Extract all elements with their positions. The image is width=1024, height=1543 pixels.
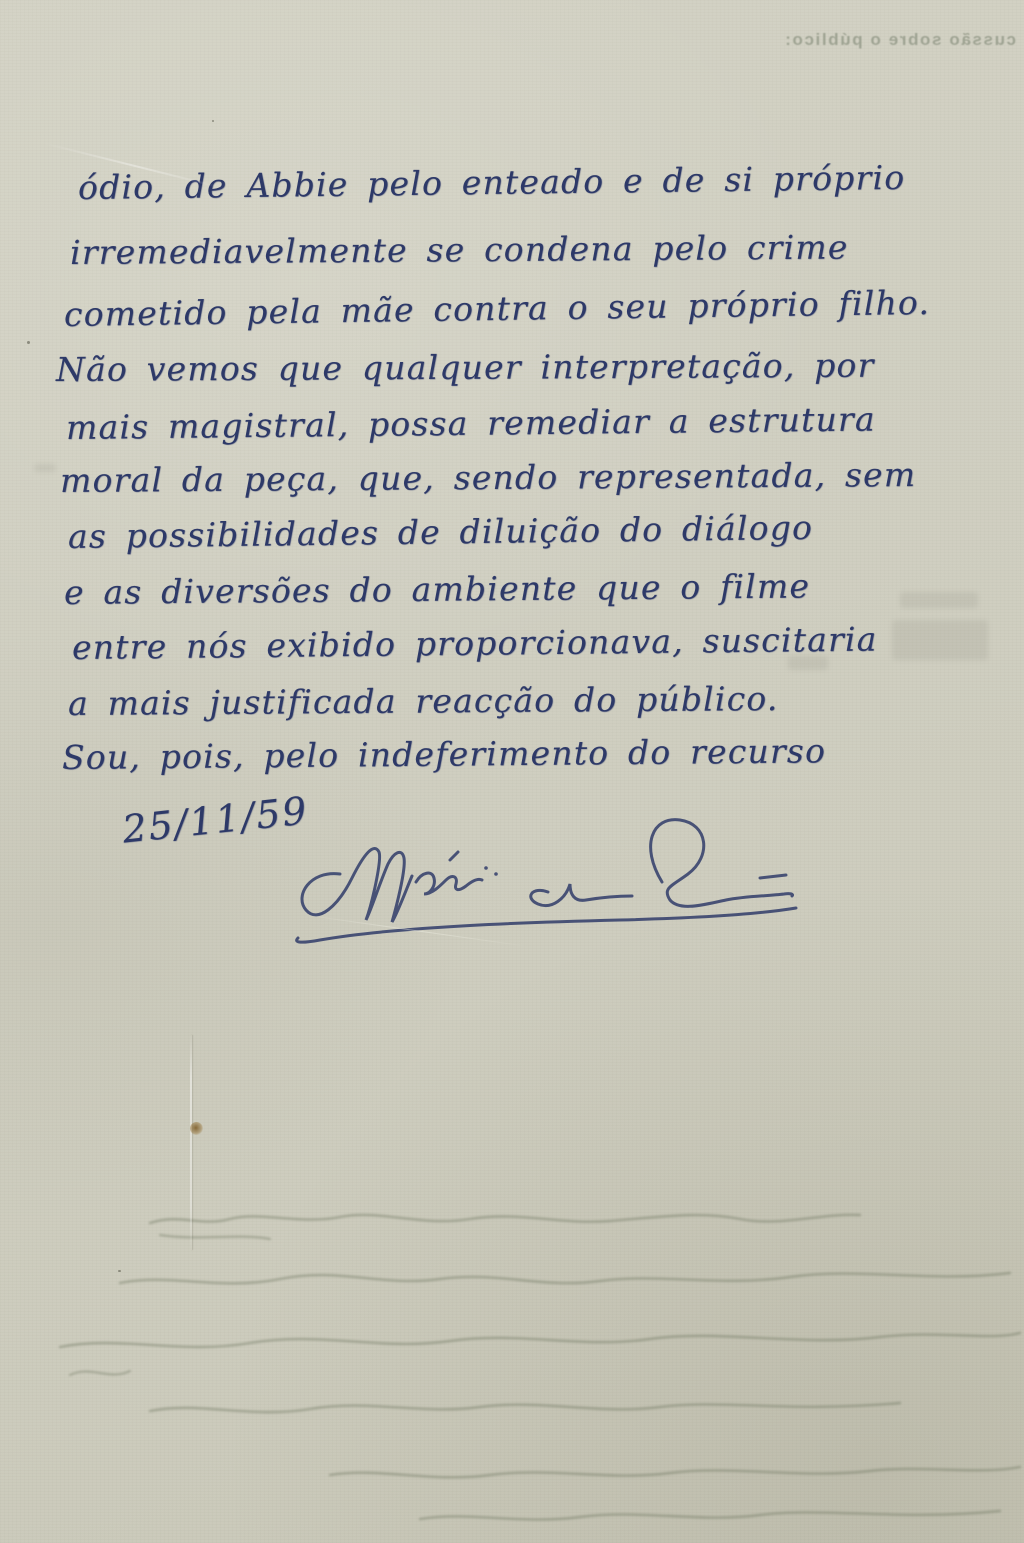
handwritten-line: moral da peça, que, sendo representada, … xyxy=(60,455,917,500)
bleedthrough-smudge xyxy=(900,592,978,608)
paper-crease xyxy=(190,1035,192,1250)
handwritten-line: cometido pela mãe contra o seu próprio f… xyxy=(64,283,931,334)
handwritten-line: Sou, pois, pelo indeferimento do recurso xyxy=(62,731,826,777)
scanned-letter-page: cussão sobre o público: ódio, de Abbie p… xyxy=(0,0,1024,1543)
paper-speck xyxy=(118,1270,121,1272)
bleedthrough-smudge xyxy=(34,464,56,472)
signature xyxy=(280,812,810,957)
handwritten-line: entre nós exibido proporcionava, suscita… xyxy=(72,620,878,667)
paper-speck xyxy=(27,341,30,344)
bleedthrough-handwriting xyxy=(0,1175,1024,1543)
paper-speck xyxy=(212,120,214,122)
handwritten-line: e as diversões do ambiente que o filme xyxy=(64,566,811,612)
handwritten-line: a mais justificada reacção do público. xyxy=(68,679,779,723)
handwritten-line: as possibilidades de diluição do diálogo xyxy=(68,508,814,556)
bleedthrough-smudge xyxy=(892,620,988,660)
handwritten-line: irremediavelmente se condena pelo crime xyxy=(70,228,849,272)
bleedthrough-typed-text: cussão sobre o público: xyxy=(694,30,1016,50)
handwritten-line: mais magistral, possa remediar a estrutu… xyxy=(66,400,876,447)
bleedthrough-smudge xyxy=(788,656,828,670)
stain-spot xyxy=(190,1122,203,1135)
handwritten-line: Não vemos que qualquer interpretação, po… xyxy=(56,346,875,389)
